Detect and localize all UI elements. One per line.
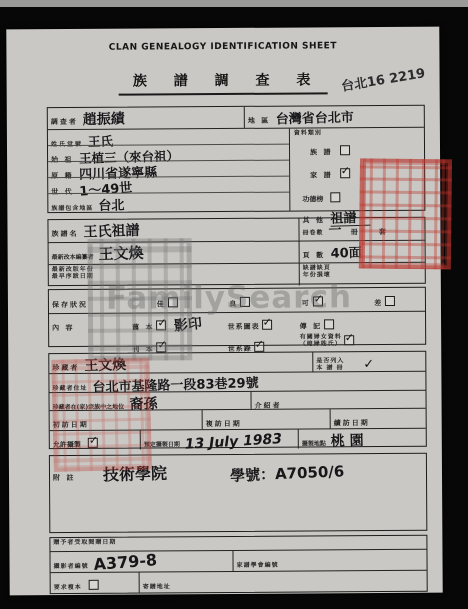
checkbox-family-register: ✓ [340,168,350,178]
form-page: CLAN GENEALOGY IDENTIFICATION SHEET 族 譜 … [6,27,442,596]
red-seal-stamp [359,158,452,269]
field-surname: 姓氏堂號 王氏 [48,129,289,145]
filming-location-label: 攝製地點 [302,440,326,447]
checkbox-copy-request [89,579,99,589]
introducer-label: 介紹者 [255,402,282,410]
red-seal-stamp-faint [51,358,152,472]
checkbox-biography [324,319,334,329]
listed-label-2: 本 譜 冊 [316,364,344,371]
listed-check: ✓ [363,358,374,371]
content-col-misc: 傳 記 有關婦女資料（媳婦姓氏） ✓ [300,313,356,345]
checkbox-clan-register [340,145,350,155]
check-mark: ✓ [341,164,350,177]
field-founder: 始 祖 王植三（來台祖） [48,144,289,161]
content-lineage-chart: 世系圖表✓ [228,314,274,333]
category-header: 資料類別 [294,129,420,137]
familysearch-watermark-text: FamilySearch [106,279,436,317]
field-generations: 世 代 1～49世 [48,176,289,193]
coverage-value: 台北 [98,199,124,213]
field-introducer: 介紹者 [250,391,425,409]
sheet-title-zh: 族 譜 調 查 表 [119,69,328,95]
listed-label-1: 是否列入 [316,357,344,364]
photographer-number-label: 攝影者編號 [54,563,89,570]
field-send-address: 寄贈地址 [139,571,427,593]
surveyor-label: 調查者 [51,118,78,126]
second-visit-label: 複訪日期 [206,420,242,428]
surveyor-value: 趙振績 [83,113,125,127]
field-donor-date: 贈予者受取閱贈日期 [50,536,426,551]
area-value: 台灣省台北市 [275,111,353,126]
checkbox-women-data: ✓ [344,335,354,345]
coverage-label: 族譜包含地區 [51,205,93,212]
filming-location-value: 桃 園 [331,435,364,449]
content-col-lineage: 世系圖表✓ 世系錄✓ [228,314,274,346]
volumes-value: 一 [328,224,341,237]
society-number-label: 家譜學會編號 [237,562,279,569]
area-label: 地 區 [248,117,270,125]
filming-date-value: 13 July 1983 [185,433,283,452]
year-damage-label: 年份損壞 [303,271,422,279]
clan-register-label: 族 譜 [310,148,332,156]
field-surveyor: 調查者 趙振績 [48,107,244,129]
copy-request-label: 要求複本 [54,584,82,591]
content-biography: 傳 記 [300,313,356,332]
scanned-document: CLAN GENEALOGY IDENTIFICATION SHEET 族 譜 … [0,0,468,609]
field-origin: 原 籍 四川省遂寧縣 [48,160,289,177]
scan-edge [0,0,468,7]
send-address-label: 寄贈地址 [143,583,171,590]
followup-visit-label: 續訪日期 [334,419,370,427]
field-society-number: 家譜學會編號 [232,550,426,571]
field-copy-request: 要求複本 [51,573,139,594]
checkbox-lineage-chart: ✓ [262,319,272,329]
sheet-title-en: CLAN GENEALOGY IDENTIFICATION SHEET [6,41,439,54]
family-register-label: 家 譜 [310,171,332,179]
section-filming-admin: 贈予者受取閱贈日期 攝影者編號 A379-8 家譜學會編號 要求複本 [49,535,427,594]
donor-date-label: 贈予者受取閱贈日期 [53,537,423,546]
field-filming-date: 預定攝製日期 13 July 1983 [140,430,298,450]
register-name-label: 族譜名 [52,230,79,238]
field-area: 地 區 台灣省台北市 [244,106,424,128]
field-listed: 是否列入 本 譜 冊 ✓ [312,352,425,372]
checkbox-lineage-record: ✓ [254,341,264,351]
content-women-data: 有關婦女資料（媳婦姓氏） ✓ [300,333,356,347]
volumes-label: 冊卷數 [303,229,324,236]
field-followup-visit: 續訪日期 [330,409,426,429]
survey-left-column: 姓氏堂號 王氏 始 祖 王植三（來台祖） 原 籍 四川省遂寧縣 世 代 1～49… [48,129,289,212]
notes-line-2: 學號：A7050/6 [229,465,344,483]
checkbox-merit-board [330,192,340,202]
register-name-value: 王氏祖譜 [83,225,139,240]
field-second-visit: 複訪日期 [202,409,330,429]
pages-value: 40面 [330,247,361,261]
field-coverage: 族譜包含地區 台北 [48,192,289,209]
field-photographer-number: 攝影者編號 A379-8 [50,551,232,572]
field-filming-location: 攝製地點 桃 園 [298,429,426,449]
pages-label: 頁 數 [303,251,325,259]
notes-label: 附 註 [53,474,75,482]
condition-label: 保存狀況 [52,301,88,309]
category-genealogy: 族 譜 [294,139,420,159]
content-label: 內 容 [52,324,74,332]
photographer-number-value: A379-8 [93,553,157,571]
merit-board-label: 功德榜 [302,195,323,203]
